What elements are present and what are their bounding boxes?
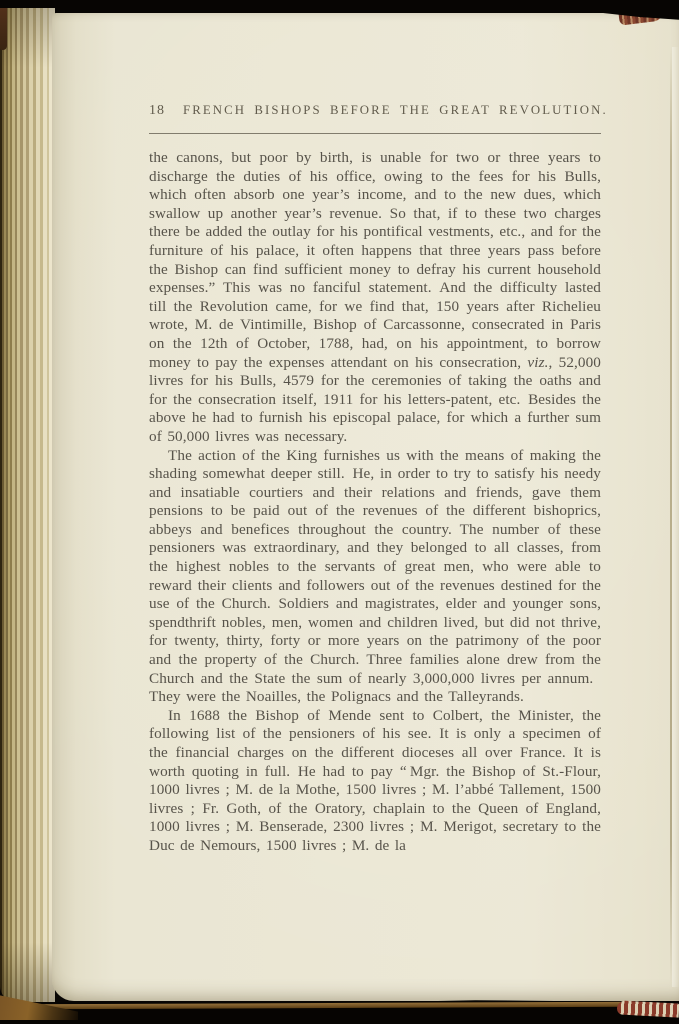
book-photo: 18 FRENCH BISHOPS BEFORE THE GREAT REVOL…	[0, 0, 679, 1024]
page-fold-crease	[670, 47, 672, 987]
body-text: the canons, but poor by birth, is unable…	[149, 149, 601, 856]
page-content: 18 FRENCH BISHOPS BEFORE THE GREAT REVOL…	[149, 103, 601, 856]
book-page-edges	[0, 8, 55, 1002]
body-paragraph: In 1688 the Bishop of Mende sent to Colb…	[149, 707, 601, 856]
body-paragraph: The action of the King furnishes us with…	[149, 447, 601, 707]
page-fold-highlight	[672, 47, 679, 987]
header-rule	[149, 133, 601, 134]
book-page: 18 FRENCH BISHOPS BEFORE THE GREAT REVOL…	[52, 13, 679, 1001]
book-cover-spine	[0, 8, 7, 50]
running-header: 18 FRENCH BISHOPS BEFORE THE GREAT REVOL…	[149, 103, 601, 119]
page-number: 18	[149, 103, 183, 119]
running-title: FRENCH BISHOPS BEFORE THE GREAT REVOLUTI…	[183, 103, 608, 118]
body-paragraph: the canons, but poor by birth, is unable…	[149, 149, 601, 447]
